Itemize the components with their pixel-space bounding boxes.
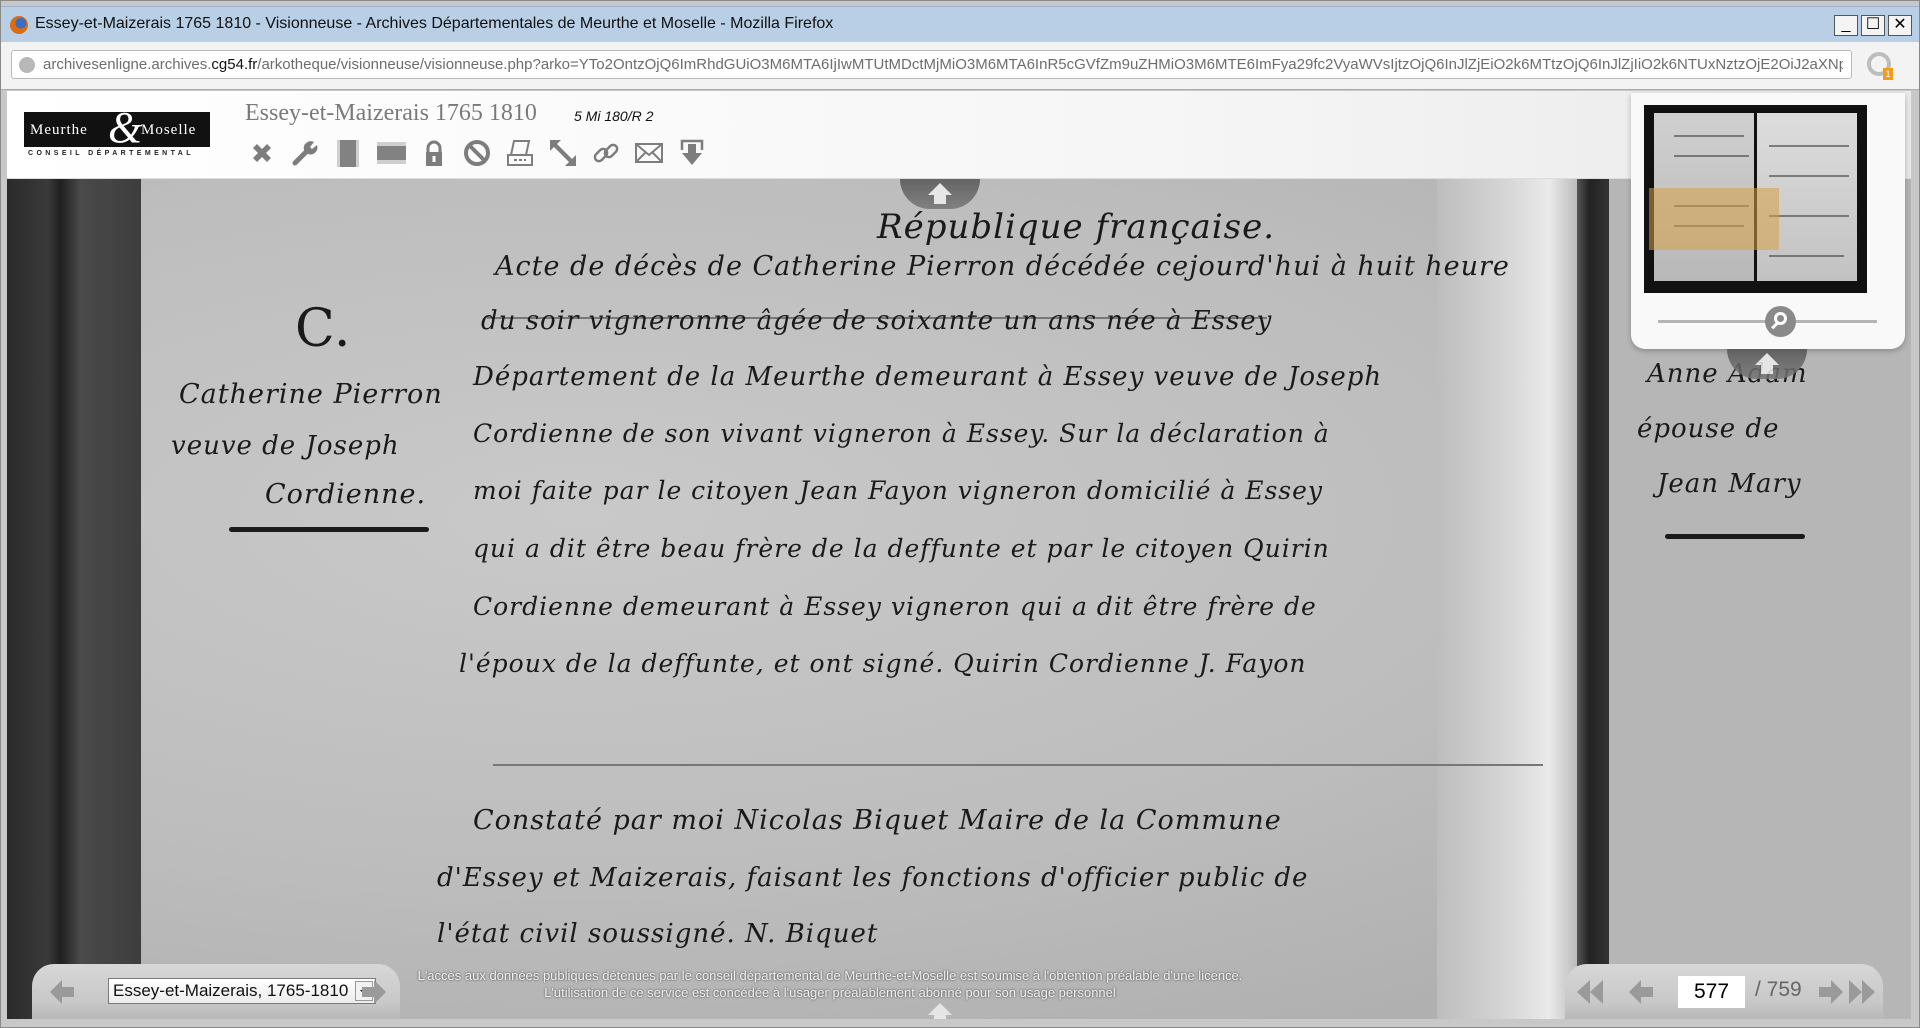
manuscript-line: Cordienne demeurant à Essey vigneron qui… xyxy=(473,592,1317,621)
close-icon xyxy=(247,138,277,168)
close-viewer-button[interactable] xyxy=(245,136,279,170)
margin-underline xyxy=(229,527,429,532)
manuscript-line: Constaté par moi Nicolas Biquet Maire de… xyxy=(473,805,1282,836)
viewport-indicator[interactable] xyxy=(1649,188,1779,250)
fit-height-icon xyxy=(376,138,406,168)
navigator-panel xyxy=(1631,93,1905,349)
download-icon xyxy=(677,138,707,168)
fullscreen-button[interactable] xyxy=(546,136,580,170)
minimize-button[interactable]: _ xyxy=(1834,15,1858,36)
close-button[interactable]: ✕ xyxy=(1888,15,1912,36)
link-icon xyxy=(591,138,621,168)
logo-word-left: Meurthe xyxy=(30,122,88,139)
manuscript-line: l'époux de la deffunte, et ont signé. Qu… xyxy=(459,649,1307,678)
thumb-line xyxy=(1769,175,1849,177)
thumb-line xyxy=(1769,255,1844,257)
double-arrow-right-icon xyxy=(1845,978,1877,1006)
logo-word-right: Moselle xyxy=(141,122,196,139)
maximize-button[interactable]: ☐ xyxy=(1861,15,1885,36)
license-notice: L'accès aux données publiques détenues p… xyxy=(325,967,1335,1001)
manuscript-line: l'état civil soussigné. N. Biquet xyxy=(437,919,878,949)
report-button[interactable] xyxy=(460,136,494,170)
magnifier-handle xyxy=(1771,322,1779,330)
ruled-line xyxy=(493,764,1543,766)
url-text[interactable]: archivesenligne.archives.cg54.fr/arkothe… xyxy=(43,56,1843,73)
page-total: / 759 xyxy=(1755,978,1802,1002)
next-register-button[interactable] xyxy=(360,978,388,1006)
manuscript-line: moi faite par le citoyen Jean Fayon vign… xyxy=(473,476,1323,505)
lock-button[interactable] xyxy=(417,136,451,170)
fullscreen-icon xyxy=(548,138,578,168)
last-page-button[interactable] xyxy=(1845,978,1877,1006)
logo: Meurthe & Moselle CONSEIL DÉPARTEMENTAL xyxy=(24,112,210,164)
fit-width-icon xyxy=(333,138,363,168)
lock-icon xyxy=(419,138,449,168)
manuscript-line: Acte de décès de Catherine Pierron décéd… xyxy=(495,251,1510,282)
page-thumbnail[interactable] xyxy=(1644,105,1867,293)
page-gutter xyxy=(1437,179,1577,1019)
thumb-line xyxy=(1769,215,1849,217)
link-button[interactable] xyxy=(589,136,623,170)
fit-height-button[interactable] xyxy=(374,136,408,170)
thumb-line xyxy=(1769,145,1849,147)
margin-underline xyxy=(1665,534,1805,539)
thumb-line xyxy=(1674,155,1749,157)
image-viewer: République française. Acte de décès de C… xyxy=(7,91,1911,1019)
print-button[interactable] xyxy=(503,136,537,170)
manuscript-line: République française. xyxy=(877,207,1275,247)
arrow-up-stem xyxy=(1761,364,1773,374)
fit-width-button[interactable] xyxy=(331,136,365,170)
manuscript-line: Département de la Meurthe demeurant à Es… xyxy=(473,362,1382,392)
thumb-line xyxy=(1674,135,1744,137)
margin-note: veuve de Joseph xyxy=(171,431,400,461)
manuscript-line: du soir vigneronne âgée de soixante un a… xyxy=(481,306,1272,336)
title-bar: Essey-et-Maizerais 1765 1810 - Visionneu… xyxy=(1,6,1919,42)
address-bar[interactable]: archivesenligne.archives.cg54.fr/arkothe… xyxy=(11,50,1852,79)
prohibit-icon xyxy=(462,138,492,168)
mail-icon xyxy=(634,138,664,168)
wrench-icon xyxy=(290,138,320,168)
margin-initial: C. xyxy=(295,299,351,359)
page-number-input[interactable]: 577 xyxy=(1678,976,1745,1008)
double-arrow-left-icon xyxy=(1575,978,1607,1006)
firefox-icon xyxy=(10,16,28,34)
arrow-right-icon xyxy=(360,978,388,1006)
first-page-button[interactable] xyxy=(1575,978,1607,1006)
arrow-up-stem xyxy=(934,194,946,204)
document-image[interactable]: République française. Acte de décès de C… xyxy=(7,179,1911,1019)
arrow-right-icon xyxy=(1817,978,1845,1006)
register-select-value: Essey-et-Maizerais, 1765-1810 xyxy=(113,981,348,1000)
zoom-slider-handle[interactable] xyxy=(1765,306,1796,337)
register-select[interactable]: Essey-et-Maizerais, 1765-1810 xyxy=(108,978,376,1004)
settings-button[interactable] xyxy=(288,136,322,170)
margin-note: Jean Mary xyxy=(1657,469,1802,499)
addon-badge: 1 xyxy=(1883,68,1893,80)
document-title: Essey-et-Maizerais 1765 1810 xyxy=(245,100,537,127)
browser-window: Essey-et-Maizerais 1765 1810 - Visionneu… xyxy=(0,0,1920,1028)
margin-note: épouse de xyxy=(1637,414,1779,444)
notice-line: L'utilisation de ce service est concédée… xyxy=(325,984,1335,1001)
next-page-button[interactable] xyxy=(1817,978,1845,1006)
logo-ampersand: & xyxy=(108,102,143,153)
arrow-up-stem xyxy=(934,1014,946,1019)
binding-edge xyxy=(7,179,141,1019)
globe-icon xyxy=(19,57,35,73)
page-navigation: 577 / 759 xyxy=(1565,964,1883,1019)
logo-subtitle: CONSEIL DÉPARTEMENTAL xyxy=(28,150,194,157)
notice-line: L'accès aux données publiques détenues p… xyxy=(325,967,1335,984)
book-spine xyxy=(1577,179,1609,1019)
print-icon xyxy=(505,138,535,168)
manuscript-line: Cordienne de son vivant vigneron à Essey… xyxy=(473,419,1330,448)
browser-toolbar: archivesenligne.archives.cg54.fr/arkothe… xyxy=(1,42,1919,90)
manuscript-line: d'Essey et Maizerais, faisant les foncti… xyxy=(437,863,1308,893)
window-title: Essey-et-Maizerais 1765 1810 - Visionneu… xyxy=(35,15,833,33)
manuscript-line: qui a dit être beau frère de la deffunte… xyxy=(473,534,1330,563)
arrow-left-icon xyxy=(1627,978,1655,1006)
register-navigation: Essey-et-Maizerais, 1765-1810 xyxy=(32,964,400,1019)
margin-note: Cordienne. xyxy=(265,479,426,510)
arrow-left-icon xyxy=(48,978,76,1006)
margin-note: Catherine Pierron xyxy=(179,379,443,410)
previous-page-button[interactable] xyxy=(1627,978,1655,1006)
download-button[interactable] xyxy=(675,136,709,170)
viewer-toolbar xyxy=(245,136,709,170)
document-reference: 5 Mi 180/R 2 xyxy=(574,108,653,124)
mail-button[interactable] xyxy=(632,136,666,170)
previous-register-button[interactable] xyxy=(48,978,76,1006)
viewer-header: Meurthe & Moselle CONSEIL DÉPARTEMENTAL … xyxy=(7,91,1911,179)
